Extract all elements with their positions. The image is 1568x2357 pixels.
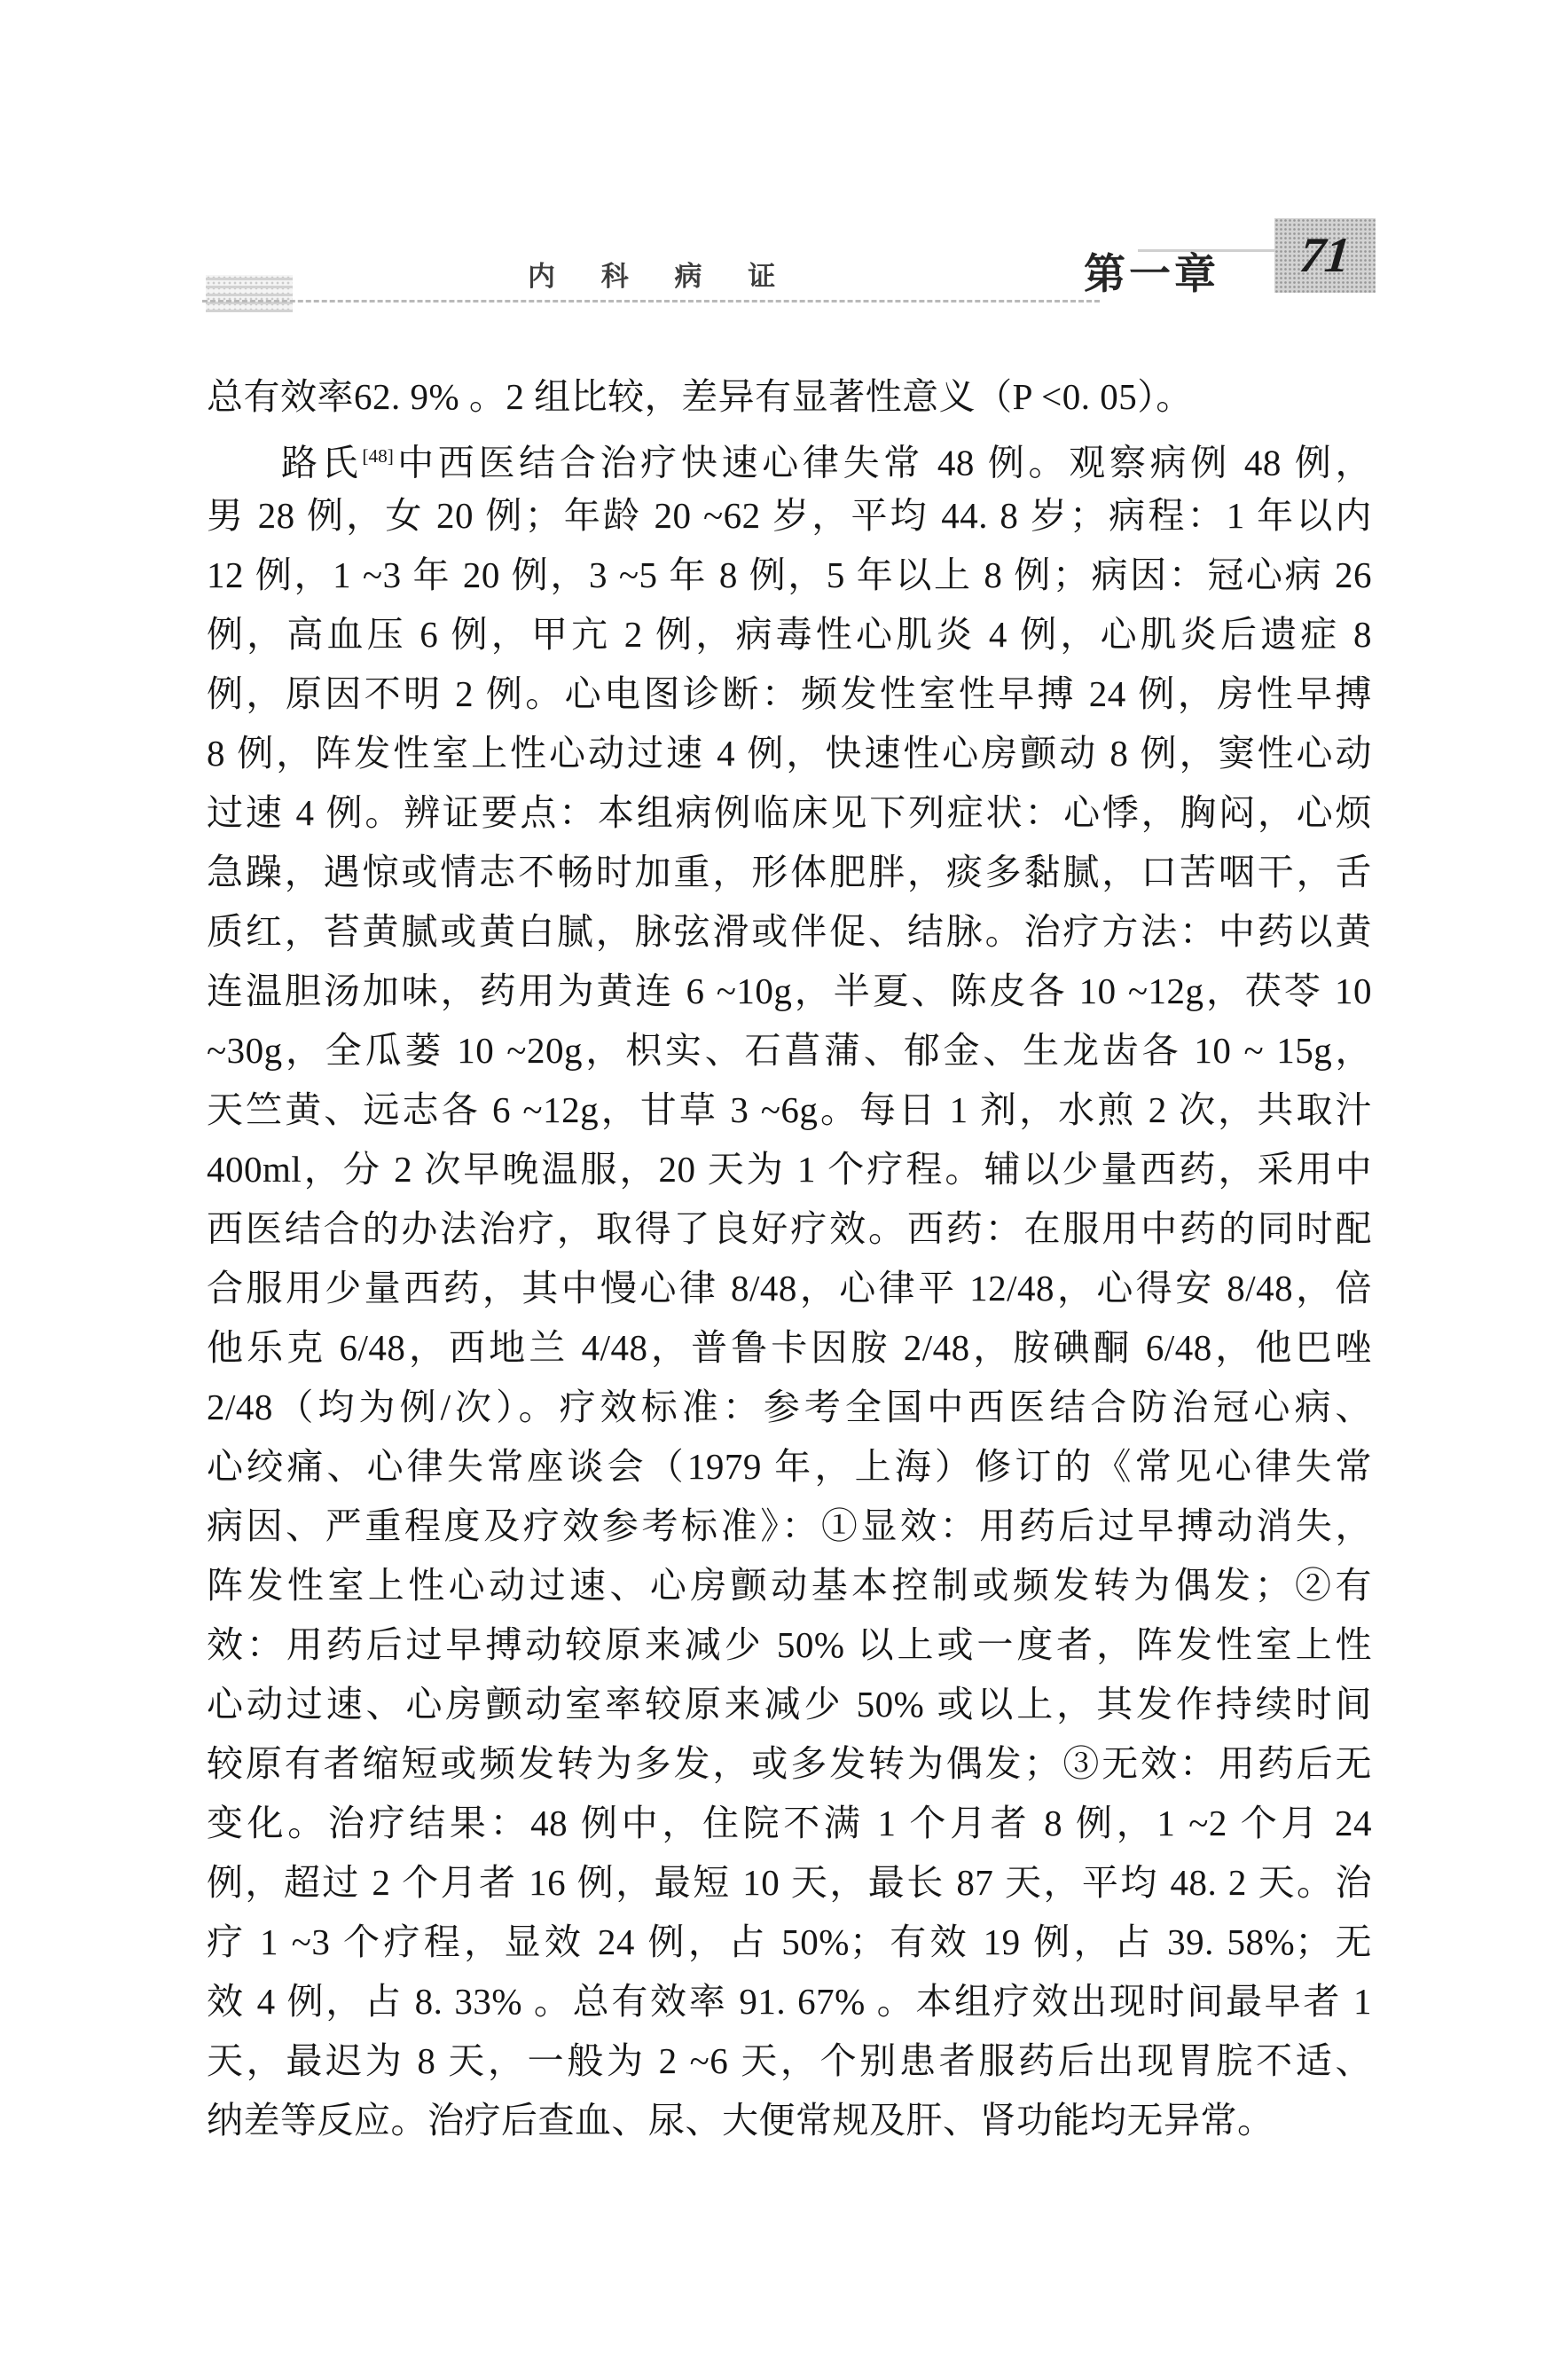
text-line: 总有效率62. 9% 。2 组比较，差异有显著性意义（P <0. 05）。 [207,367,1372,427]
header-dashed-rule [202,300,1100,302]
text-line: 效 4 例，占 8. 33% 。总有效率 91. 67% 。本组疗效出现时间最早… [207,1972,1372,2031]
text-line: 例，超过 2 个月者 16 例，最短 10 天，最长 87 天，平均 48. 2… [207,1853,1372,1913]
text-line: 较原有者缩短或频发转为多发，或多发转为偶发；③无效：用药后无 [207,1734,1372,1794]
text-line: 阵发性室上性心动过速、心房颤动基本控制或频发转为偶发；②有 [207,1556,1372,1615]
text-line: 疗 1 ~3 个疗程，显效 24 例，占 50%；有效 19 例，占 39. 5… [207,1913,1372,1972]
text-line: 过速 4 例。辨证要点：本组病例临床见下列症状：心悸，胸闷，心烦 [207,783,1372,843]
text-line: 例，原因不明 2 例。心电图诊断：频发性室性早搏 24 例，房性早搏 [207,664,1372,724]
running-title: 内 科 病 证 [528,254,795,294]
text-line: 纳差等反应。治疗后查血、尿、大便常规及肝、肾功能均无异常。 [207,2091,1372,2150]
text-line: ~30g，全瓜蒌 10 ~20g，枳实、石菖蒲、郁金、生龙齿各 10 ~ 15g… [207,1021,1372,1080]
body-text: 总有效率62. 9% 。2 组比较，差异有显著性意义（P <0. 05）。 路氏… [207,367,1372,2150]
text-line: 男 28 例，女 20 例；年龄 20 ~62 岁，平均 44. 8 岁；病程：… [207,486,1372,546]
text-line: 天竺黄、远志各 6 ~12g，甘草 3 ~6g。每日 1 剂，水煎 2 次，共取… [207,1080,1372,1140]
text-segment: 中西医结合治疗快速心律失常 48 例。观察病例 48 例， [394,443,1372,483]
text-line: 8 例，阵发性室上性心动过速 4 例，快速性心房颤动 8 例，窦性心动 [207,724,1372,783]
text-line: 天，最迟为 8 天，一般为 2 ~6 天，个别患者服药后出现胃脘不适、 [207,2031,1372,2091]
reference-superscript: [48] [362,445,394,467]
text-line: 效：用药后过早搏动较原来减少 50% 以上或一度者，阵发性室上性 [207,1615,1372,1675]
text-line: 他乐克 6/48，西地兰 4/48，普鲁卡因胺 2/48，胺碘酮 6/48，他巴… [207,1318,1372,1378]
text-line: 2/48（均为例/次）。疗效标准：参考全国中西医结合防治冠心病、 [207,1378,1372,1437]
text-line: 心绞痛、心律失常座谈会（1979 年，上海）修订的《常见心律失常 [207,1437,1372,1497]
text-line: 合服用少量西药，其中慢心律 8/48，心律平 12/48，心得安 8/48，倍 [207,1259,1372,1318]
text-line-with-reference: 路氏[48]中西医结合治疗快速心律失常 48 例。观察病例 48 例， [207,427,1372,486]
text-line: 例，高血压 6 例，甲亢 2 例，病毒性心肌炎 4 例，心肌炎后遗症 8 [207,605,1372,664]
text-line: 急躁，遇惊或情志不畅时加重，形体肥胖，痰多黏腻，口苦咽干，舌 [207,843,1372,902]
text-line: 质红，苔黄腻或黄白腻，脉弦滑或伴促、结脉。治疗方法：中药以黄 [207,902,1372,962]
text-segment: 路氏 [281,443,362,483]
chapter-heading: 第一章 [1084,241,1219,301]
text-line: 西医结合的办法治疗，取得了良好疗效。西药：在服用中药的同时配 [207,1199,1372,1259]
scan-smudge-artifact [206,275,293,312]
text-line: 12 例，1 ~3 年 20 例，3 ~5 年 8 例，5 年以上 8 例；病因… [207,546,1372,605]
text-line: 变化。治疗结果：48 例中，住院不满 1 个月者 8 例，1 ~2 个月 24 [207,1794,1372,1853]
text-line: 心动过速、心房颤动室率较原来减少 50% 或以上，其发作持续时间 [207,1675,1372,1734]
text-line: 病因、严重程度及疗效参考标准》：①显效：用药后过早搏动消失， [207,1497,1372,1556]
text-line: 400ml，分 2 次早晚温服，20 天为 1 个疗程。辅以少量西药，采用中 [207,1140,1372,1199]
page-number: 71 [1298,227,1353,284]
scanned-book-page: 内 科 病 证 第一章 71 总有效率62. 9% 。2 组比较，差异有显著性意… [0,0,1568,2357]
text-line: 连温胆汤加味，药用为黄连 6 ~10g，半夏、陈皮各 10 ~12g，茯苓 10 [207,962,1372,1021]
page-number-badge: 71 [1274,218,1376,293]
